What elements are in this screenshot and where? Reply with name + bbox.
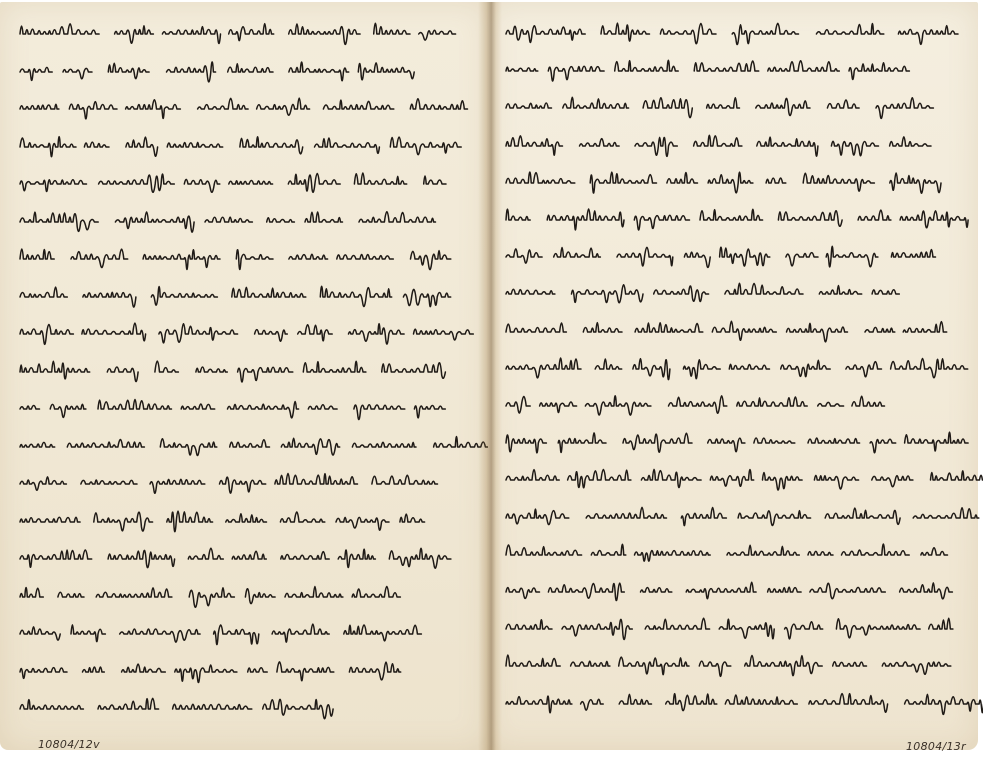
handwritten-line: [illegible handwriting — line 14] [504,496,944,530]
handwritten-line: [illegible handwriting — line 18] [18,650,428,684]
left-page-text: [illegible handwriting — line 1][illegib… [0,2,488,750]
handwritten-line: [illegible handwriting — line 2, with in… [504,49,924,83]
left-folio-label: 10804/12v [38,738,100,751]
binding-gutter [478,2,502,750]
handwritten-line: [illegible handwriting — line 9] [18,312,458,346]
left-page: [illegible handwriting — line 1][illegib… [0,2,488,750]
handwritten-line: [illegible handwriting — line 5] [18,162,438,196]
right-page-text: [illegible handwriting — line 1][illegib… [488,2,978,750]
handwritten-line: [illegible handwriting — line 16] [504,570,944,604]
handwritten-line: [illegible handwriting — line 15] [18,537,418,571]
handwritten-line: [illegible handwriting — line 11] [504,384,884,418]
handwritten-line: [illegible handwriting — line 4] [504,124,949,158]
handwritten-line: [illegible handwriting — line 14, with i… [18,500,443,534]
handwritten-line: [illegible handwriting — line 7] [504,235,944,269]
right-page: [illegible handwriting — line 1][illegib… [488,2,978,750]
handwritten-line: [illegible handwriting — line 19] [18,687,348,721]
handwritten-line: [illegible handwriting — line 15] [504,533,949,567]
handwritten-line: [illegible handwriting — line 12] [504,421,944,455]
handwritten-line: [illegible handwriting — line 1] [18,12,458,46]
handwritten-line: [illegible handwriting — line 8] [18,275,448,309]
handwritten-line: [illegible handwriting — line 11] [18,387,448,421]
handwritten-line: [illegible handwriting — line 10] [504,347,904,381]
handwritten-line: [illegible handwriting — line 17] [504,607,944,641]
handwritten-line: [illegible handwriting — line 12] [18,425,458,459]
handwritten-line: [illegible handwriting — line 4] [18,125,458,159]
handwritten-line: [illegible handwriting — line 13] [18,462,438,496]
right-folio-label: 10804/13r [906,740,966,753]
handwritten-line: [illegible handwriting — line 6] [18,200,458,234]
handwritten-line: [illegible handwriting — line 13] [504,458,944,492]
manuscript-spread: [illegible handwriting — line 1][illegib… [0,0,983,758]
handwritten-line: [illegible handwriting — line 19] [504,682,934,716]
handwritten-line: [illegible handwriting — line 1] [504,12,949,46]
handwritten-line: [illegible handwriting — line 16] [18,575,413,609]
handwritten-line: [illegible handwriting — line 9] [504,310,944,344]
handwritten-line: [illegible handwriting — line 18] [504,644,934,678]
handwritten-line: [illegible handwriting — line 8] [504,272,924,306]
handwritten-line: [illegible handwriting — line 3] [504,86,904,120]
handwritten-line: [illegible handwriting — line 7] [18,237,463,271]
handwritten-line: [illegible handwriting — line 5] [504,161,924,195]
handwritten-line: [illegible handwriting — line 2, with st… [18,50,438,84]
handwritten-line: [illegible handwriting — line 3] [18,87,463,121]
handwritten-line: [illegible handwriting — line 6] [504,198,934,232]
handwritten-line: [illegible handwriting — line 10] [18,350,458,384]
handwritten-line: [illegible handwriting — line 17] [18,612,423,646]
